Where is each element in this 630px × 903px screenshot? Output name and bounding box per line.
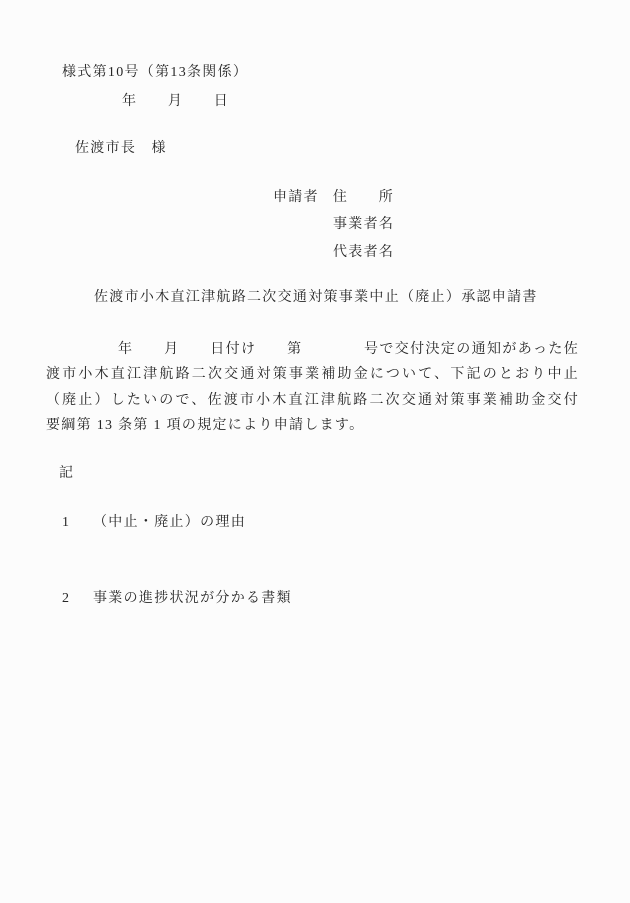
date-line: 年 月 日 (122, 93, 229, 110)
item-number: 2 (62, 590, 93, 607)
applicant-label: 申請者 (273, 190, 319, 205)
addressee-line: 佐渡市長 様 (75, 140, 167, 157)
item-label: 事業の進捗状況が分かる書類 (93, 591, 292, 606)
document-title: 佐渡市小木直江津航路二次交通対策事業中止（廃止）承認申請書 (94, 289, 538, 306)
item-label: （中止・廃止）の理由 (93, 515, 246, 530)
note-marker: 記 (59, 465, 74, 482)
list-item-1: 1（中止・廃止）の理由 (62, 514, 246, 531)
body-line-2: 渡市小木直江津航路二次交通対策事業補助金について、下記のとおり中止 (46, 366, 579, 383)
form-number: 様式第10号（第13条関係） (62, 64, 248, 81)
applicant-row: 申請者住 所 (273, 189, 394, 206)
applicant-business-name-label: 事業者名 (333, 216, 394, 233)
body-line-1: 年 月 日付け 第 号で交付決定の通知があった佐 (46, 341, 579, 358)
applicant-representative-label: 代表者名 (333, 244, 394, 261)
item-number: 1 (62, 514, 93, 531)
body-line-3: （廃止）したいので、佐渡市小木直江津航路二次交通対策事業補助金交付 (46, 392, 579, 409)
document-page: 様式第10号（第13条関係） 年 月 日 佐渡市長 様 申請者住 所 事業者名 … (0, 0, 630, 903)
body-line-4: 要綱第 13 条第 1 項の規定により申請します。 (46, 417, 579, 434)
list-item-2: 2事業の進捗状況が分かる書類 (62, 590, 292, 607)
applicant-address-label: 住 所 (333, 190, 394, 205)
